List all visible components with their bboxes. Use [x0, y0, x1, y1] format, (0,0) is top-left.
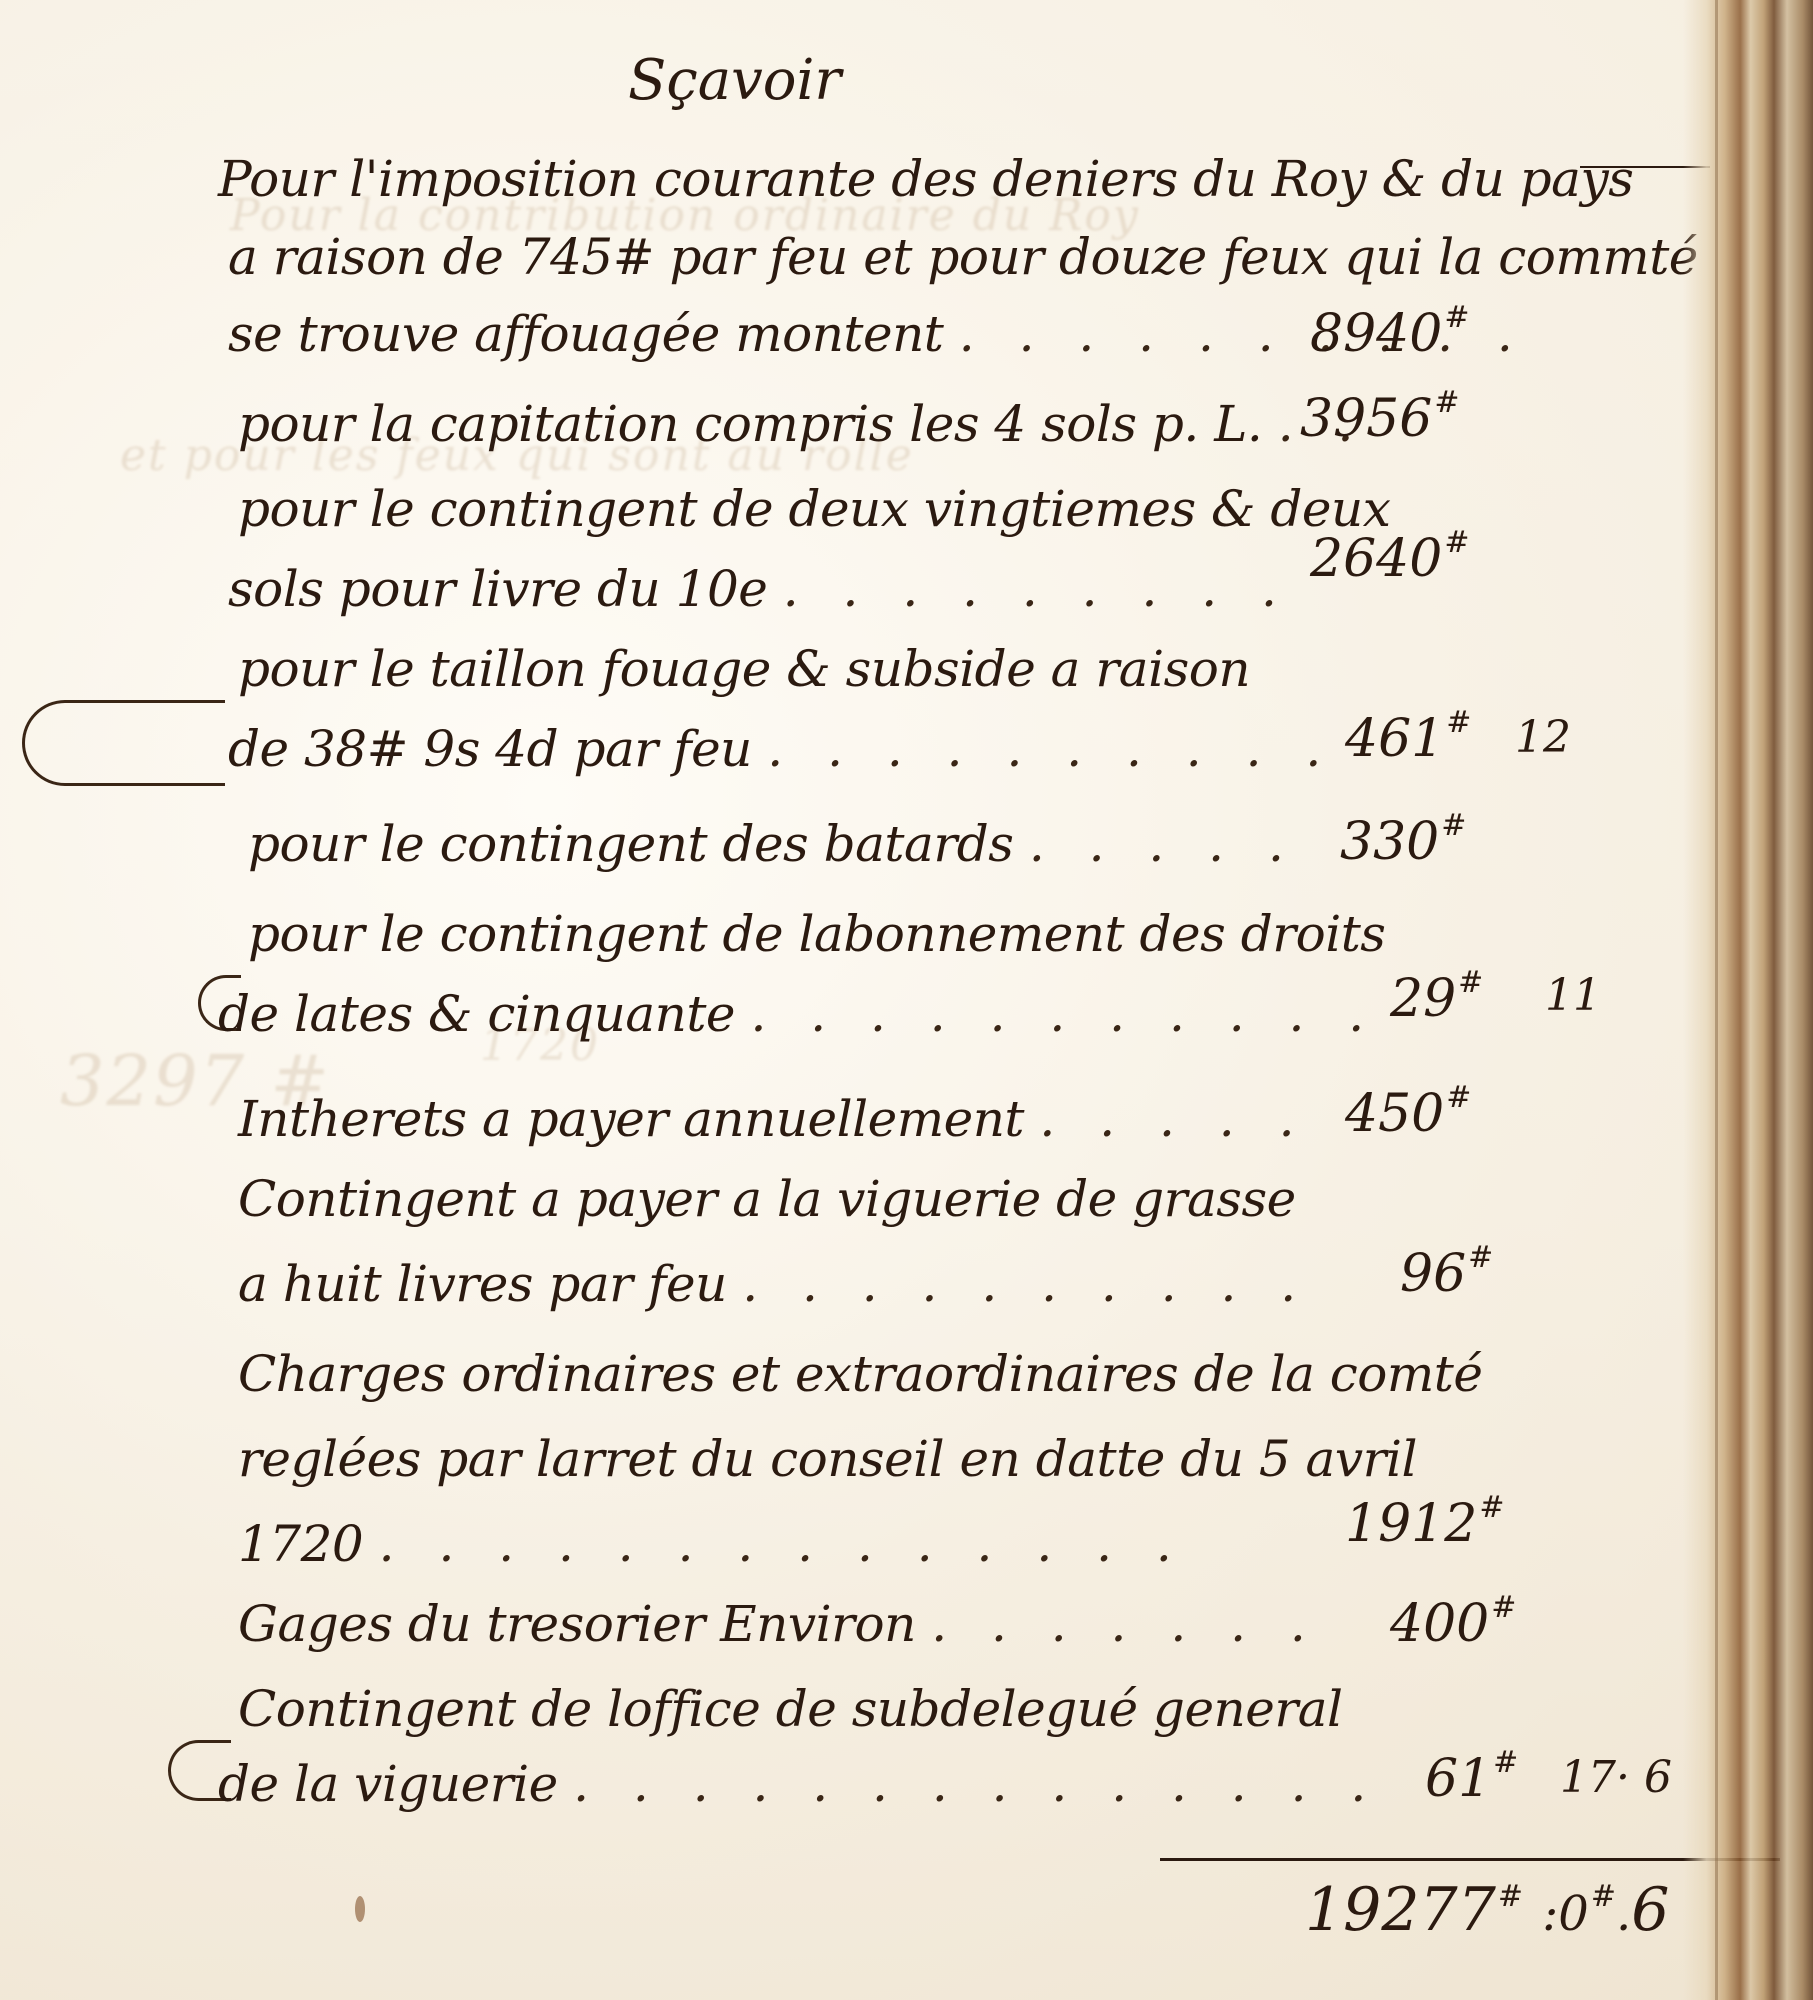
entry-amount: 29# — [1390, 965, 1483, 1029]
dot-leader: . . . . . . . . . . — [767, 720, 1335, 778]
entry-text: a huit livres par feu — [238, 1255, 727, 1313]
entry-line: Charges ordinaires et extraordinaires de… — [238, 1345, 1482, 1403]
entry-sols: 12 — [1515, 712, 1571, 763]
entry-line: de lates & cinquante . . . . . . . . . .… — [218, 985, 1378, 1043]
entry-text: pour la capitation compris les 4 sols p.… — [238, 395, 1262, 453]
entry-line: de la viguerie . . . . . . . . . . . . .… — [218, 1755, 1380, 1813]
entry-amount: 96# — [1400, 1240, 1493, 1304]
entry-line: pour le taillon fouage & subside a raiso… — [238, 640, 1250, 698]
total-amount: 19277# :0#.6 — [1305, 1875, 1669, 1945]
entry-amount: 61# — [1425, 1745, 1518, 1809]
entry-line: sols pour livre du 10e . . . . . . . . . — [228, 560, 1291, 618]
entry-line: pour la capitation compris les 4 sols p.… — [238, 395, 1367, 453]
entry-text: de lates & cinquante — [218, 985, 735, 1043]
entry-amount: 3956# — [1300, 385, 1459, 449]
entry-text: sols pour livre du 10e — [228, 560, 767, 618]
entry-amount: 330# — [1340, 808, 1466, 872]
dot-leader: . . . . . . . . . . . — [750, 985, 1378, 1043]
entry-amount: 1912# — [1345, 1490, 1504, 1554]
entry-amount: 2640# — [1310, 525, 1469, 589]
entry-line: a huit livres par feu . . . . . . . . . … — [238, 1255, 1310, 1313]
manuscript-page: Pour la contribution ordinaire du Roy et… — [0, 0, 1813, 2000]
entry-line: Contingent de loffice de subdelegué gene… — [238, 1680, 1343, 1738]
entry-sols: 11 — [1545, 970, 1601, 1021]
book-binding-edge — [1683, 0, 1813, 2000]
page-edge-line — [1715, 0, 1718, 2000]
dot-leader: . . . . . — [1039, 1090, 1308, 1148]
entry-amount: 461# — [1345, 705, 1471, 769]
entry-line: pour le contingent de labonnement des dr… — [248, 905, 1385, 963]
entry-line: Intherets a payer annuellement . . . . . — [238, 1090, 1308, 1148]
entry-sols-deniers: 17· 6 — [1560, 1752, 1672, 1803]
entry-line: Pour l'imposition courante des deniers d… — [218, 150, 1633, 208]
page-heading: Sçavoir — [628, 48, 841, 113]
entry-line: reglées par larret du conseil en datte d… — [238, 1430, 1417, 1488]
entry-amount: 450# — [1345, 1080, 1471, 1144]
dot-leader: . . . . . . . — [931, 1595, 1320, 1653]
dot-leader: . . . . . . . . . . — [742, 1255, 1310, 1313]
entry-text: Gages du tresorier Environ — [238, 1595, 916, 1653]
dot-leader: . . . . . . . . . — [783, 560, 1291, 618]
entry-text: de la viguerie — [218, 1755, 558, 1813]
entry-line: pour le contingent des batards . . . . . — [248, 815, 1298, 873]
dot-leader: . . . . . . . . . . . . . . — [573, 1755, 1380, 1813]
entry-line: de 38# 9s 4d par feu . . . . . . . . . . — [228, 720, 1335, 778]
margin-flourish — [22, 700, 225, 786]
entry-amount: 400# — [1390, 1590, 1516, 1654]
dot-leader: . . . . . . . . . . . . . . — [379, 1515, 1186, 1573]
entry-amount: 8940# — [1310, 300, 1469, 364]
entry-line: Gages du tresorier Environ . . . . . . . — [238, 1595, 1320, 1653]
entry-line: 1720 . . . . . . . . . . . . . . — [238, 1515, 1186, 1573]
entry-text: 1720 — [238, 1515, 363, 1573]
entry-text: se trouve affouagée montent — [228, 305, 943, 363]
entry-text: Intherets a payer annuellement — [238, 1090, 1024, 1148]
entry-line: a raison de 745# par feu et pour douze f… — [228, 228, 1698, 286]
entry-text: de 38# 9s 4d par feu — [228, 720, 752, 778]
dot-leader: . . . . . — [1029, 815, 1298, 873]
entry-text: pour le contingent des batards — [248, 815, 1013, 873]
entry-line: Contingent a payer a la viguerie de gras… — [238, 1170, 1296, 1228]
ink-stain — [355, 1896, 365, 1922]
entry-line: pour le contingent de deux vingtiemes & … — [238, 480, 1390, 538]
